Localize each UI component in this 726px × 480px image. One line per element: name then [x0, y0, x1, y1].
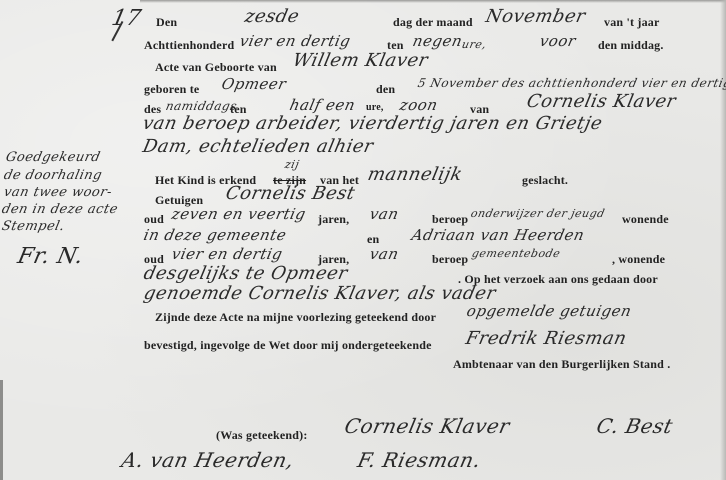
- label-beroep-2: beroep: [432, 252, 468, 267]
- witness2-residence: desgelijks te Opmeer: [142, 263, 350, 284]
- birth-time: half een: [288, 96, 357, 114]
- label-van-2: van: [368, 245, 400, 263]
- requester: genoemde Cornelis Klaver, als vader: [142, 283, 498, 304]
- month-value: November: [484, 6, 588, 27]
- inserted-text: zij: [284, 158, 301, 171]
- label-van-1: van: [368, 205, 400, 223]
- label-ure-time: ure,: [366, 102, 384, 113]
- birth-date: 5 November des achttienhonderd vier en d…: [417, 76, 726, 90]
- scan-edge-top: [140, 0, 726, 3]
- witness1-age: zeven en veertig: [170, 205, 308, 223]
- scan-edge-right: [720, 0, 726, 480]
- label-den-middag: den middag.: [598, 38, 664, 53]
- witness1-name: Cornelis Best: [224, 183, 357, 204]
- label-van-t-jaar: van 't jaar: [604, 15, 660, 30]
- label-wonende-2: , wonende: [612, 252, 665, 267]
- label-wonende-1: wonende: [622, 212, 669, 227]
- signature-a-van-heerden: A. van Heerden,: [119, 448, 296, 472]
- witness2-occupation: gemeentebode: [471, 247, 562, 260]
- margin-line-5: Stempel.: [0, 219, 66, 234]
- label-ure: ure,: [461, 38, 488, 51]
- relation: zoon: [398, 96, 439, 114]
- label-zijnde-deze-acte: Zijnde deze Acte na mijne voorlezing get…: [155, 310, 436, 325]
- label-achttienhonderd: Achttienhonderd: [144, 38, 234, 53]
- label-geslacht: geslacht.: [522, 173, 568, 188]
- father-name: Cornelis Klaver: [525, 91, 678, 112]
- signed-by: opgemelde getuigen: [465, 302, 633, 320]
- label-acte-van-geboorte: Acte van Geboorte van: [155, 60, 277, 75]
- official-name: Fredrik Riesman: [464, 328, 629, 349]
- witness2-age: vier en dertig: [170, 245, 284, 263]
- margin-line-2: de doorhaling: [2, 168, 103, 183]
- child-name: Willem Klaver: [291, 50, 430, 71]
- hour-value: negen: [411, 32, 464, 50]
- ampm-value: voor: [538, 32, 578, 50]
- margin-line-4: den in deze acte: [0, 202, 119, 217]
- witness2-name: Adriaan van Heerden: [410, 226, 586, 244]
- daypart: namiddags: [165, 99, 239, 113]
- margin-paraaf: Fr. N.: [15, 244, 86, 269]
- label-dag-der-maand: dag der maand: [393, 15, 473, 30]
- label-jaren-1: jaren,: [318, 212, 349, 227]
- year-words: vier en dertig: [238, 32, 352, 50]
- signature-c-best: C. Best: [594, 414, 675, 438]
- label-beroep-1: beroep: [432, 212, 468, 227]
- label-den-date: den: [376, 82, 395, 97]
- label-geboren-te: geboren te: [144, 82, 199, 97]
- label-den: Den: [156, 15, 177, 30]
- signature-cornelis-klaver: Cornelis Klaver: [342, 414, 512, 438]
- document-page: 17 Den zesde dag der maand November van …: [0, 0, 726, 480]
- signature-f-riesman: F. Riesman.: [355, 448, 483, 472]
- label-bevestigd: bevestigd, ingevolge de Wet door mij ond…: [144, 338, 432, 353]
- official-title: Ambtenaar van den Burgerlijken Stand .: [453, 357, 670, 372]
- label-was-geteekend: (Was geteekend):: [216, 428, 308, 443]
- mother-detail: Dam, echtelieden alhier: [141, 136, 376, 157]
- label-oud-1: oud: [144, 212, 164, 227]
- day-value: zesde: [243, 6, 302, 27]
- margin-line-1: Goedgekeurd: [4, 150, 101, 165]
- scan-edge-left: [0, 380, 3, 480]
- witness1-occupation: onderwijzer der jeugd: [470, 207, 607, 220]
- act-number: 17: [109, 6, 143, 31]
- birth-place: Opmeer: [220, 75, 288, 93]
- witness1-residence: in deze gemeente: [142, 226, 288, 244]
- sex-value: mannelijk: [366, 164, 465, 185]
- father-detail: van beroep arbeider, vierdertig jaren en…: [141, 113, 605, 134]
- margin-line-3: van twee woor-: [2, 185, 113, 200]
